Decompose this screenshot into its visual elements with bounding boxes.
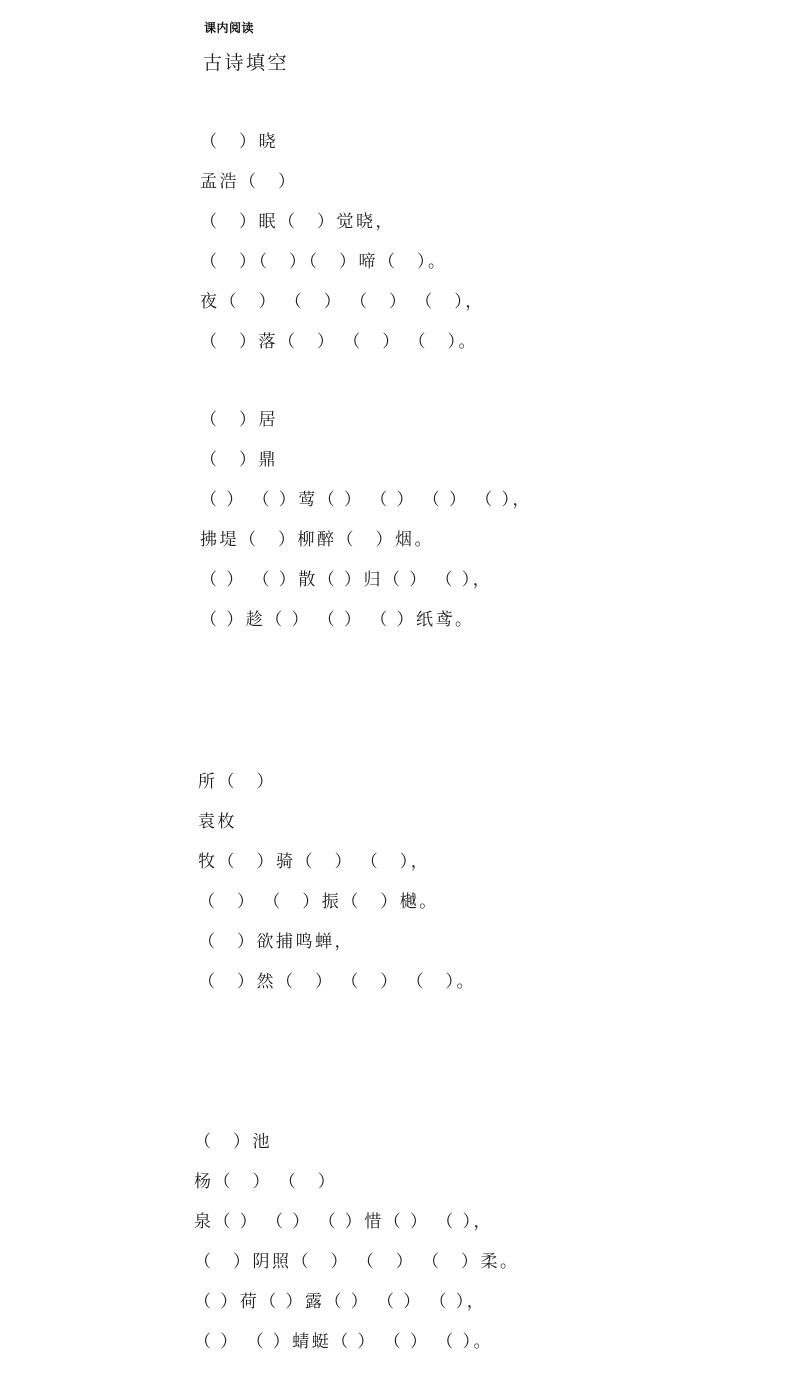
poem-line: 泉（ ） （ ） （ ）惜（ ） （ ）， <box>194 1202 754 1242</box>
poem-line: 拂堤（ ）柳醉（ ）烟。 <box>200 520 760 560</box>
page-title: 古诗填空 <box>203 48 289 75</box>
poem-line: （ ）阴照（ ） （ ） （ ）柔。 <box>194 1242 754 1282</box>
poem-line: （ ）（ ）（ ）啼（ ）。 <box>200 242 760 282</box>
poem-line: （ ）池 <box>194 1122 754 1162</box>
poem-block-3: 所（ ）袁枚牧（ ）骑（ ） （ ），（ ） （ ）振（ ）樾。（ ）欲捕鸣蝉，… <box>198 762 758 1002</box>
poem-line: （ ）居 <box>200 400 760 440</box>
poem-line: （ ）荷（ ）露（ ） （ ） （ ）， <box>194 1282 754 1322</box>
poem-line: 所（ ） <box>198 762 758 802</box>
poem-line: （ ） （ ）莺（ ） （ ） （ ） （ ）， <box>200 480 760 520</box>
poem-line: （ ）欲捕鸣蝉， <box>198 922 758 962</box>
poem-block-1: （ ）晓孟浩（ ）（ ）眠（ ）觉晓，（ ）（ ）（ ）啼（ ）。夜（ ） （ … <box>200 122 760 362</box>
poem-line: 杨（ ） （ ） <box>194 1162 754 1202</box>
poem-line: （ ） （ ）振（ ）樾。 <box>198 882 758 922</box>
poem-line: 袁枚 <box>198 802 758 842</box>
poem-line: （ ） （ ）散（ ）归（ ） （ ）， <box>200 560 760 600</box>
section-label: 课内阅读 <box>204 19 254 36</box>
poem-line: （ ）趁（ ） （ ） （ ）纸鸢。 <box>200 600 760 640</box>
poem-line: （ ）然（ ） （ ） （ ）。 <box>198 962 758 1002</box>
poem-line: （ ）眠（ ）觉晓， <box>200 202 760 242</box>
poem-line: 夜（ ） （ ） （ ） （ ）， <box>200 282 760 322</box>
poem-line: （ ）落（ ） （ ） （ ）。 <box>200 322 760 362</box>
poem-line: 牧（ ）骑（ ） （ ）， <box>198 842 758 882</box>
poem-block-4: （ ）池杨（ ） （ ）泉（ ） （ ） （ ）惜（ ） （ ），（ ）阴照（ … <box>194 1122 754 1362</box>
poem-block-2: （ ）居（ ）鼎（ ） （ ）莺（ ） （ ） （ ） （ ），拂堤（ ）柳醉（… <box>200 400 760 640</box>
poem-line: （ ）鼎 <box>200 440 760 480</box>
poem-line: （ ） （ ）蜻蜓（ ） （ ） （ ）。 <box>194 1322 754 1362</box>
poem-line: 孟浩（ ） <box>200 162 760 202</box>
poem-line: （ ）晓 <box>200 122 760 162</box>
worksheet-page: 课内阅读 古诗填空 （ ）晓孟浩（ ）（ ）眠（ ）觉晓，（ ）（ ）（ ）啼（… <box>0 0 800 1396</box>
